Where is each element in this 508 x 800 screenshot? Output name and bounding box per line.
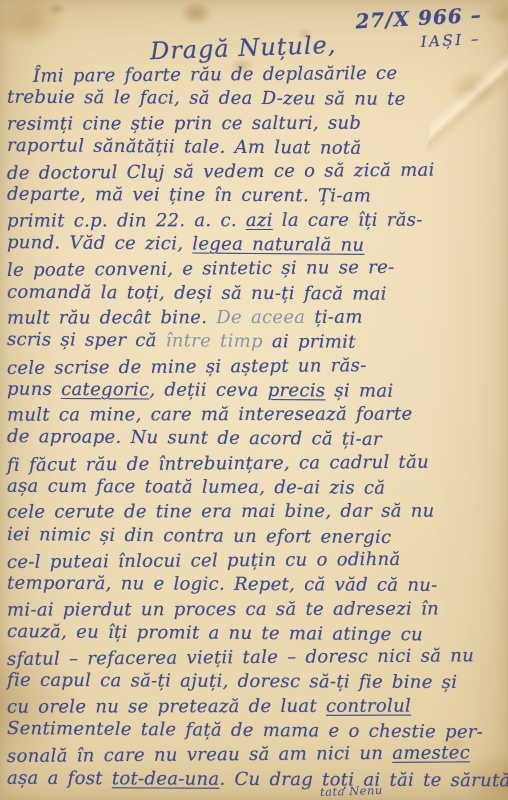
letter-line-segment: Îmi pare foarte rău de deplasările ce <box>33 63 398 87</box>
letter-line-segment: mi-ai pierdut un proces ca să te adresez… <box>7 598 439 620</box>
letter-line-segment: controlul <box>326 695 411 716</box>
letter-line: de aproape. Nu sunt de acord că ți-ar <box>7 425 505 453</box>
letter-line-segment: le poate conveni, e sintetic și nu se re… <box>7 257 395 281</box>
letter-line: le poate conveni, e sintetic și nu se re… <box>7 255 505 283</box>
letter-line-segment: de doctorul Cluj să vedem ce o să zică m… <box>7 160 435 184</box>
letter-line: cele scrise de mine și aștept un răs- <box>7 353 505 381</box>
letter-body: Îmi pare foarte rău de deplasările cetre… <box>7 63 505 792</box>
letter-line: scris și sper că între timp ai primit <box>7 328 505 356</box>
letter-line-segment: comandă la toți, deși să nu-ți facă mai <box>7 281 387 304</box>
letter-line: așa a fost tot-dea-una. Cu drag toți ai … <box>7 766 505 793</box>
letter-line-segment: De aceea <box>216 307 305 328</box>
letter-line: trebuie să le faci, să dea D-zeu să nu t… <box>7 86 505 113</box>
letter-line-segment: ce-l puteai înlocui cel puțin cu o odihn… <box>7 549 401 573</box>
letter-line: Îmi pare foarte rău de deplasările ce <box>7 61 505 89</box>
letter-line-segment: Sentimentele tale față de mama e o chest… <box>7 718 483 743</box>
letter-line-segment: ai primit <box>263 331 356 353</box>
letter-line-segment: resimți cine știe prin ce salturi, sub <box>7 112 361 134</box>
letter-line-segment: sfatul – refacerea vieții tale – doresc … <box>7 645 474 670</box>
letter-line-segment: legea naturală nu <box>192 234 364 256</box>
letter-line-segment: trebuie să le faci, să dea D-zeu să nu t… <box>7 87 406 110</box>
letter-line-segment: azi <box>246 210 273 231</box>
letter-line-segment: mult rău decât bine. <box>7 307 216 329</box>
letter-line-segment: scris și sper că <box>7 329 166 351</box>
letter-line-segment: și mai <box>325 380 393 401</box>
letter-line-segment: iei nimic și din contra un efort energic <box>7 524 392 548</box>
letter-line: mult rău decât bine. De aceea ți-am <box>7 305 505 331</box>
letter-line-segment: puns <box>7 379 61 400</box>
letter-line: fi făcut rău de întrebuințare, ca cadrul… <box>7 450 505 478</box>
letter-line-segment: între timp <box>166 331 263 353</box>
letter-line: mult ca mine, care mă interesează foarte <box>7 403 505 429</box>
letter-line: departe, mă vei ține în curent. Ți-am <box>7 183 505 210</box>
letter-line-segment: fie capul ca să-ți ajuți, doresc să-ți f… <box>7 670 457 693</box>
letter-line-segment: temporară, nu e logic. Repet, că văd că … <box>7 573 438 596</box>
letter-line: sonală în care nu vreau să am nici un am… <box>7 741 505 769</box>
letter-line-segment: cele cerute de tine era mai bine, dar să… <box>7 501 435 523</box>
letter-line-segment: primit c.p. din 22. a. c. <box>7 210 246 232</box>
letter-line: temporară, nu e logic. Repet, că văd că … <box>7 572 505 599</box>
letter-line: primit c.p. din 22. a. c. azi la care îț… <box>7 208 505 234</box>
letter-line: cele cerute de tine era mai bine, dar să… <box>7 500 505 526</box>
postcard-scan: 27/X 966 – IAȘI – Dragă Nuțule, Îmi pare… <box>0 0 508 800</box>
salutation: Dragă Nuțule, <box>150 31 337 65</box>
letter-line-segment: fi făcut rău de întrebuințare, ca cadrul… <box>7 451 429 475</box>
letter-line: așa cum face toată lumea, de-ai zis că <box>7 475 505 502</box>
letter-line: cu orele nu se pretează de luat controlu… <box>7 694 505 720</box>
letter-line: ce-l puteai înlocui cel puțin cu o odihn… <box>7 547 505 575</box>
letter-line-segment: la care îți răs- <box>273 209 423 230</box>
letter-line-segment: cu orele nu se pretează de luat <box>7 696 326 718</box>
letter-line-segment: sonală în care nu vreau să am nici un <box>7 743 392 767</box>
letter-line-segment: pund. Văd ce zici, <box>7 232 192 254</box>
letter-line: resimți cine știe prin ce salturi, sub <box>7 111 505 137</box>
letter-line: puns categoric, deții ceva precis și mai <box>7 378 505 405</box>
letter-line-segment: tot-dea-una <box>112 768 220 790</box>
letter-line-segment: așa a fost <box>7 767 112 789</box>
letter-line: comandă la toți, deși să nu-ți facă mai <box>7 280 505 307</box>
letter-line-segment: departe, mă vei ține în curent. Ți-am <box>7 184 371 207</box>
date-block: 27/X 966 – IAȘI – <box>355 3 484 58</box>
letter-line-segment: cauză, eu îți promit a nu te mai atinge … <box>7 621 423 645</box>
letter-line-segment: de aproape. Nu sunt de acord că ți-ar <box>7 426 382 450</box>
letter-line-segment: așa cum face toată lumea, de-ai zis că <box>7 476 385 499</box>
letter-line-segment: amestec <box>392 743 470 765</box>
letter-line-segment: categoric <box>61 379 149 400</box>
signature: tata Nenu <box>320 783 383 799</box>
letter-line: mi-ai pierdut un proces ca să te adresez… <box>7 597 505 623</box>
letter-line-segment: mult ca mine, care mă interesează foarte <box>7 404 413 426</box>
letter-line-segment: precis <box>268 380 326 401</box>
letter-line-segment: raportul sănătății tale. Am luat notă <box>7 135 362 159</box>
letter-line-segment: cele scrise de mine și aștept un răs- <box>7 355 367 379</box>
letter-line: fie capul ca să-ți ajuți, doresc să-ți f… <box>7 669 505 696</box>
letter-line-segment: , deții ceva <box>149 379 267 401</box>
letter-line-segment: ți-am <box>305 307 362 328</box>
